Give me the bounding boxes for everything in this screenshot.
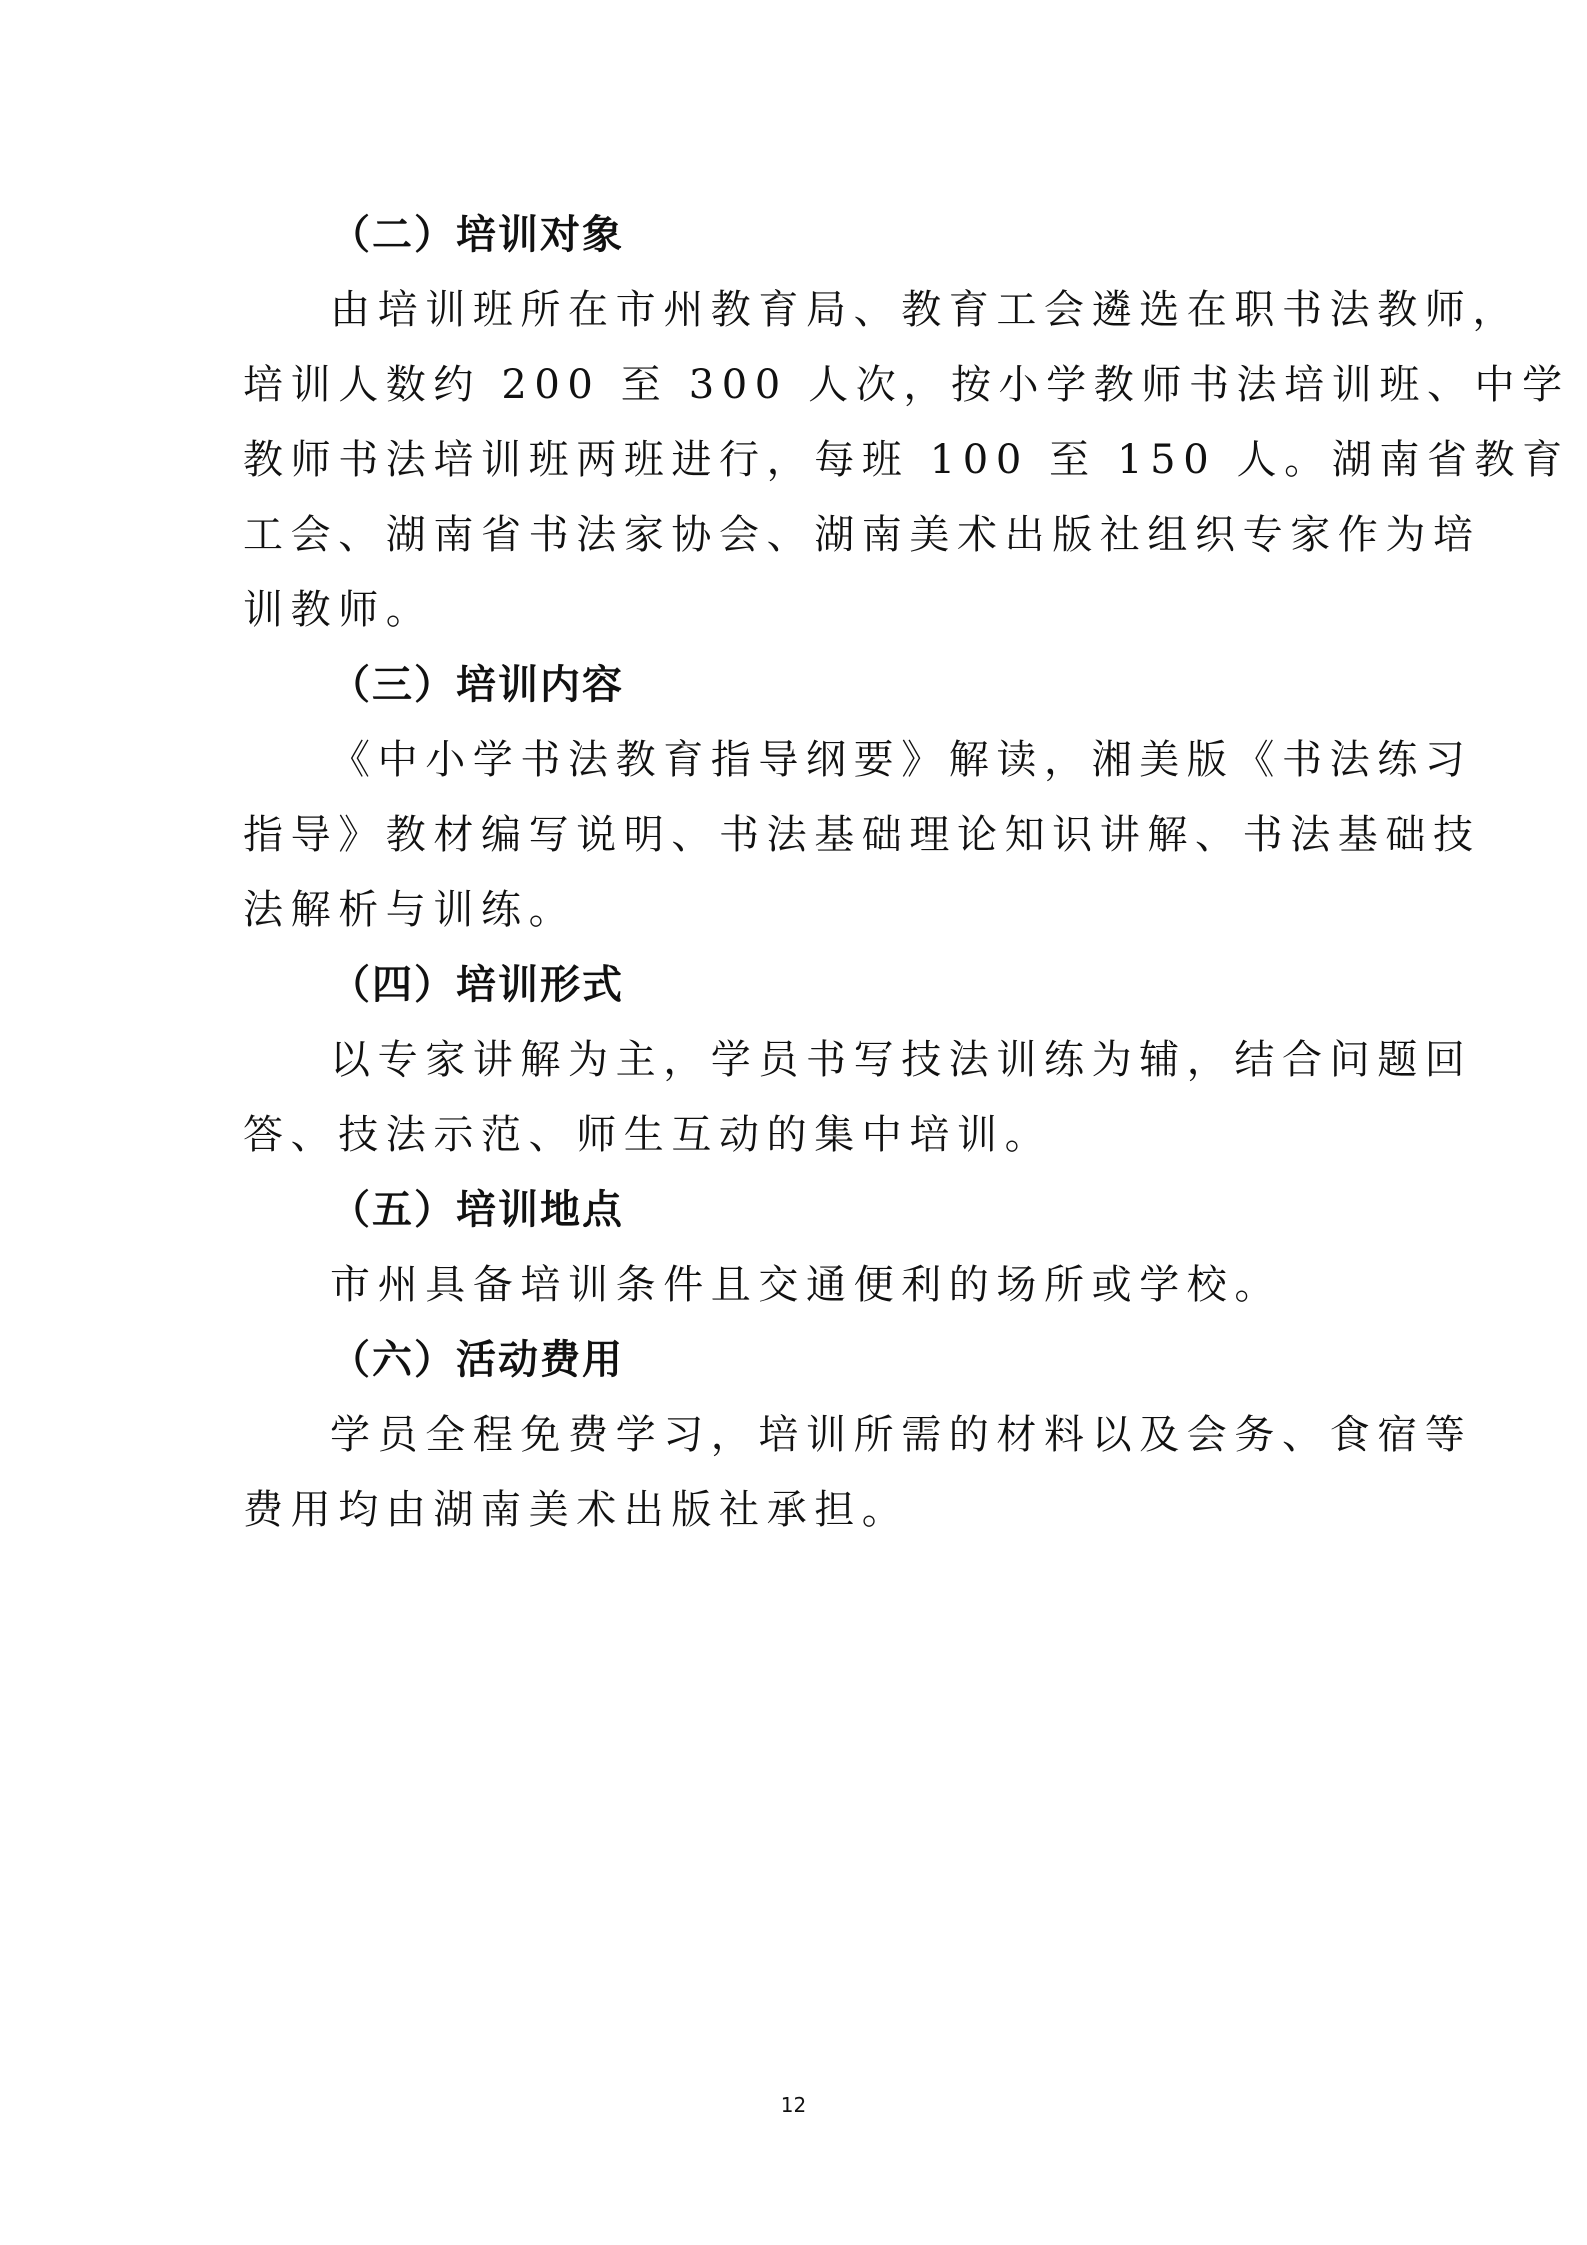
paragraph-line: 学员全程免费学习，培训所需的材料以及会务、食宿等 bbox=[330, 1405, 1472, 1465]
section-heading-training-content: （三）培训内容 bbox=[330, 655, 624, 715]
paragraph-line: 《中小学书法教育指导纲要》解读，湘美版《书法练习 bbox=[330, 730, 1472, 790]
paragraph-line: 答、技法示范、师生互动的集中培训。 bbox=[243, 1105, 1052, 1165]
paragraph-line: 训教师。 bbox=[243, 580, 433, 640]
paragraph-line: 指导》教材编写说明、书法基础理论知识讲解、书法基础技 bbox=[243, 805, 1481, 865]
section-heading-activity-costs: （六）活动费用 bbox=[330, 1330, 624, 1390]
paragraph-line: 教师书法培训班两班进行，每班 100 至 150 人。湖南省教育 bbox=[243, 430, 1570, 490]
section-heading-training-location: （五）培训地点 bbox=[330, 1180, 624, 1240]
paragraph-line: 培训人数约 200 至 300 人次，按小学教师书法培训班、中学 bbox=[243, 355, 1570, 415]
section-heading-training-targets: （二）培训对象 bbox=[330, 205, 624, 265]
document-page: （二）培训对象 由培训班所在市州教育局、教育工会遴选在职书法教师， 培训人数约 … bbox=[0, 0, 1587, 2245]
section-heading-training-format: （四）培训形式 bbox=[330, 955, 624, 1015]
paragraph-line: 以专家讲解为主，学员书写技法训练为辅，结合问题回 bbox=[330, 1030, 1472, 1090]
paragraph-line: 法解析与训练。 bbox=[243, 880, 576, 940]
page-number: 12 bbox=[0, 2093, 1587, 2117]
paragraph-line: 市州具备培训条件且交通便利的场所或学校。 bbox=[330, 1255, 1282, 1315]
paragraph-line: 费用均由湖南美术出版社承担。 bbox=[243, 1480, 909, 1540]
paragraph-line: 由培训班所在市州教育局、教育工会遴选在职书法教师， bbox=[330, 280, 1520, 340]
paragraph-line: 工会、湖南省书法家协会、湖南美术出版社组织专家作为培 bbox=[243, 505, 1481, 565]
